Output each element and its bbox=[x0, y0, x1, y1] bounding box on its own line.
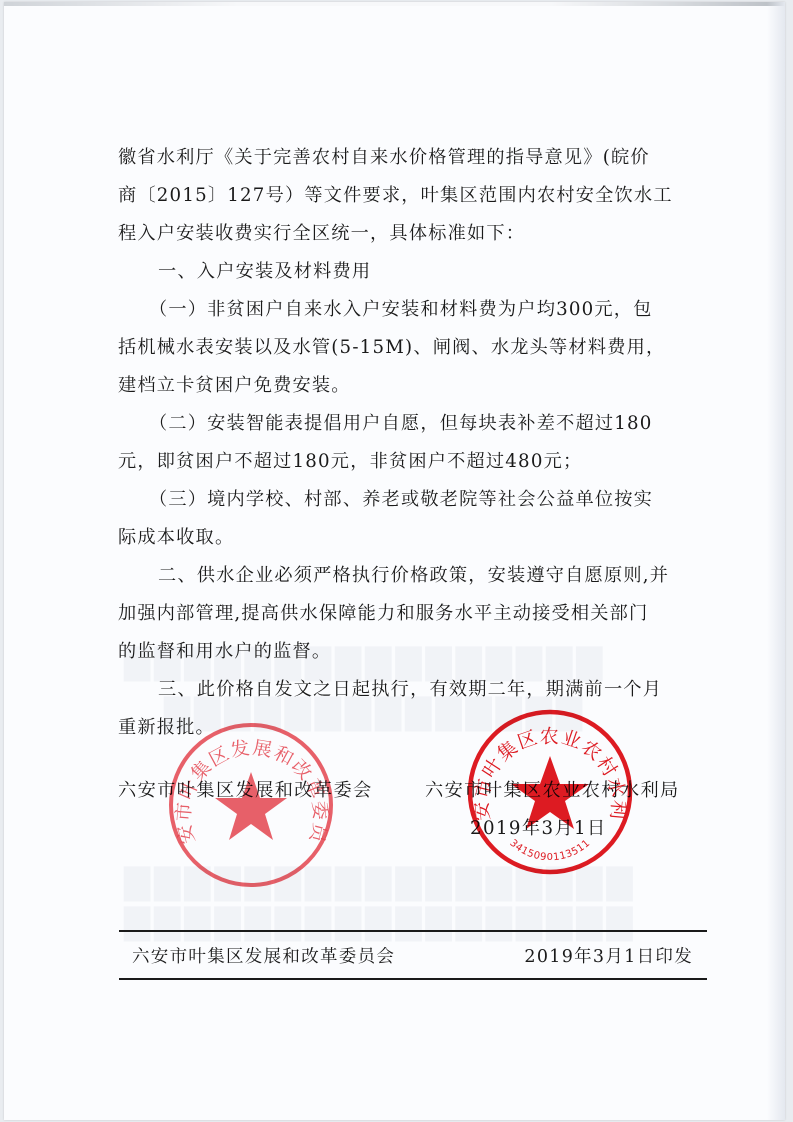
text-line: 商〔2015〕127号）等文件要求，叶集区范围内农村安全饮水工 bbox=[118, 177, 714, 215]
document-page: ▇▇▇▇▇▇▇▇▇▇▇▇▇▇▇▇ ▇▇▇▇▇▇▇▇▇▇▇▇▇▇ ▇▇▇▇▇▇▇▇… bbox=[4, 2, 785, 1120]
seal-number: 3415090113511 bbox=[507, 838, 592, 863]
star-icon bbox=[511, 756, 589, 829]
footer-issuer: 六安市叶集区发展和改革委员会 bbox=[132, 943, 395, 968]
text-line: 际成本收取。 bbox=[118, 519, 714, 557]
text-line: 二、供水企业必须严格执行价格政策，安装遵守自愿原则,并 bbox=[118, 557, 714, 595]
section-1-item-3: （三）境内学校、村部、养老或敬老院等社会公益单位按实 际成本收取。 bbox=[118, 481, 714, 557]
heading-line: 一、入户安装及材料费用 bbox=[118, 253, 714, 291]
text-line: 徽省水利厅《关于完善农村自来水价格管理的指导意见》(皖价 bbox=[118, 139, 714, 177]
section-2: 二、供水企业必须严格执行价格政策，安装遵守自愿原则,并 加强内部管理,提高供水保… bbox=[118, 557, 714, 671]
paragraph-intro: 徽省水利厅《关于完善农村自来水价格管理的指导意见》(皖价 商〔2015〕127号… bbox=[118, 139, 714, 253]
svg-text:3415090113511: 3415090113511 bbox=[507, 838, 592, 863]
text-line: 程入户安装收费实行全区统一，具体标准如下： bbox=[118, 215, 714, 253]
text-line: 括机械水表安装以及水管(5-15M)、闸阀、水龙头等材料费用， bbox=[118, 329, 714, 367]
document-body: 徽省水利厅《关于完善农村自来水价格管理的指导意见》(皖价 商〔2015〕127号… bbox=[118, 139, 714, 747]
footer-top-rule bbox=[119, 930, 707, 932]
text-line: （三）境内学校、村部、养老或敬老院等社会公益单位按实 bbox=[118, 481, 714, 519]
text-line: （一）非贫困户自来水入户安装和材料费为户均300元，包 bbox=[118, 291, 714, 329]
section-1-heading: 一、入户安装及材料费用 bbox=[118, 253, 714, 291]
text-line: 元，即贫困户不超过180元，非贫困户不超过480元； bbox=[118, 443, 714, 481]
text-line: （二）安装智能表提倡用户自愿，但每块表补差不超过180 bbox=[118, 405, 714, 443]
seal-development-reform: 六安市叶集区发展和改革委员会 bbox=[166, 720, 336, 890]
footer-bottom-rule bbox=[119, 978, 707, 980]
star-icon bbox=[215, 772, 287, 840]
text-line: 建档立卡贫困户免费安装。 bbox=[118, 367, 714, 405]
footer-issue-date: 2019年3月1日印发 bbox=[524, 943, 693, 968]
text-line: 加强内部管理,提高供水保障能力和服务水平主动接受相关部门 bbox=[118, 595, 714, 633]
text-line: 三、此价格自发文之日起执行，有效期二年，期满前一个月 bbox=[118, 671, 714, 709]
bleed-through-text: ▇▇▇▇▇▇▇▇▇▇▇▇▇▇▇▇▇ bbox=[124, 902, 637, 942]
section-1-item-2: （二）安装智能表提倡用户自愿，但每块表补差不超过180 元，即贫困户不超过180… bbox=[118, 405, 714, 481]
seal-agriculture-water: 六安市叶集区农业农村水利局 3415090113511 bbox=[466, 708, 634, 876]
section-1-item-1: （一）非贫困户自来水入户安装和材料费为户均300元，包 括机械水表安装以及水管(… bbox=[118, 291, 714, 405]
text-line: 的监督和用水户的监督。 bbox=[118, 633, 714, 671]
